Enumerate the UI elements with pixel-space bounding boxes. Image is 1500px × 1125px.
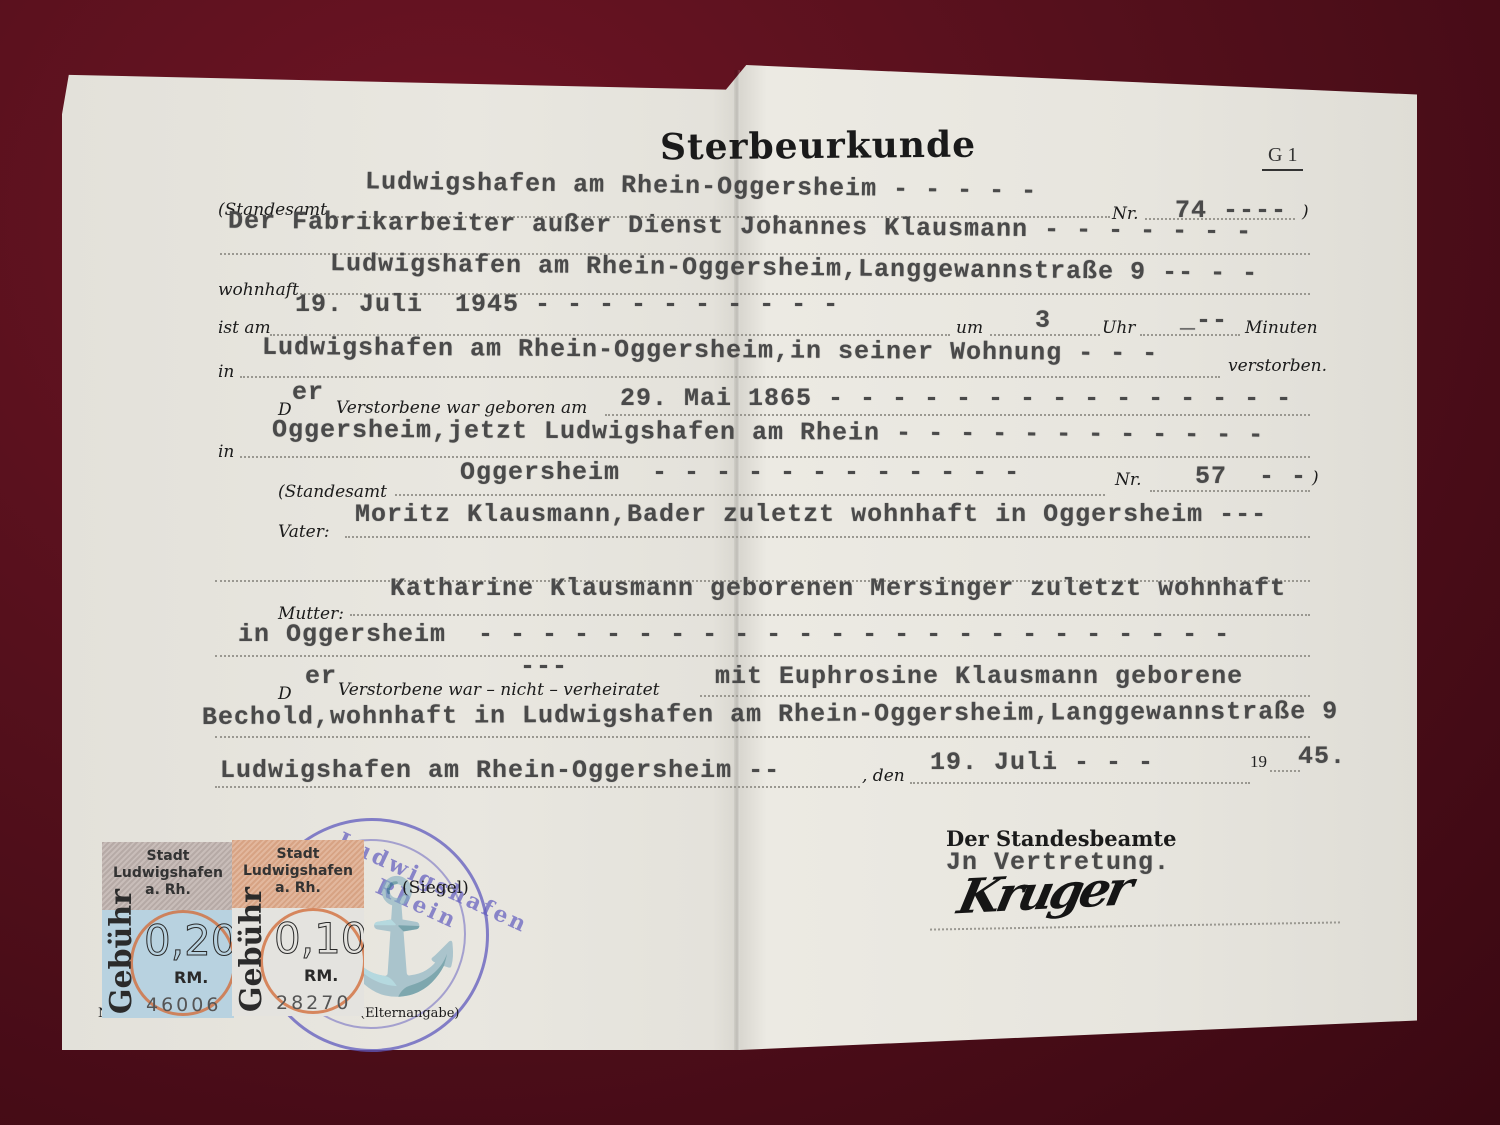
registry-close: ) [1302, 202, 1309, 222]
birth-nr-value: 57 - - [1195, 462, 1307, 491]
issue-date: 19. Juli - - - [930, 748, 1154, 777]
stamp-type: Gebühr [234, 887, 269, 1012]
dotted-line [240, 376, 1220, 378]
issue-place: Ludwigshafen am Rhein-Oggersheim -- [220, 756, 780, 785]
time-hour: 3 [1035, 306, 1051, 335]
birth-place-value: Oggersheim,jetzt Ludwigshafen am Rhein -… [272, 415, 1264, 449]
dotted-line [1270, 770, 1300, 772]
stamp-body: Gebühr 0,20 RM. 46006 [102, 910, 234, 1018]
marriage-gender-typed: er [305, 662, 337, 691]
dotted-line [215, 655, 1310, 657]
father-value: Moritz Klausmann,Bader zuletzt wohnhaft … [355, 500, 1267, 529]
parents-note: (Elternangabe) [360, 1006, 460, 1021]
birth-gender-typed: er [292, 378, 324, 407]
stamp-value: 0,20 [144, 916, 234, 965]
death-place-label: in [218, 362, 234, 382]
registrar-signature: Kruger [953, 861, 1134, 926]
birth-nr-close: ) [1312, 468, 1319, 488]
dotted-line [215, 736, 1310, 738]
marriage-label: Verstorbene war – nicht – verheiratet [338, 680, 660, 700]
marriage-value-line1: mit Euphrosine Klausmann geborene [715, 662, 1243, 691]
issue-den-label: , den [862, 766, 905, 786]
time-minutes-label: Minuten [1245, 318, 1318, 338]
mother-value-line1: Katharine Klausmann geborenen Mersinger … [390, 574, 1286, 603]
dotted-line [350, 614, 1310, 616]
stamp-value: 0,10 [274, 914, 364, 963]
time-uhr-label: Uhr [1102, 318, 1135, 338]
dotted-line [345, 536, 1310, 538]
residence-label: wohnhaft [218, 280, 299, 300]
death-date-value: 19. Juli 1945 - - - - - - - - - - [295, 290, 839, 319]
stamp-city-line2: Ludwigshafen [232, 863, 364, 880]
birth-nr-label: Nr. [1115, 470, 1142, 490]
issue-year-prefix: 19 [1250, 752, 1267, 772]
seal-label: (Siegel) [402, 878, 469, 898]
stamp-city-line1: Stadt [102, 848, 234, 865]
mother-value-line2: in Oggersheim - - - - - - - - - - - - - … [238, 620, 1230, 649]
stamp-city-line2: Ludwigshafen [102, 865, 234, 882]
form-number: G 1 [1262, 144, 1303, 171]
stamp-type: Gebühr [104, 889, 139, 1014]
father-label: Vater: [278, 522, 330, 542]
birth-registry-value: Oggersheim - - - - - - - - - - - - [460, 458, 1020, 487]
birth-place-label: in [218, 442, 234, 462]
dotted-line [395, 494, 1105, 496]
dotted-line [910, 782, 1250, 784]
dotted-line [605, 414, 1310, 416]
time-minutes: _-- [1180, 306, 1228, 335]
marriage-strike-typed: --- [520, 652, 568, 681]
stamp-currency: RM. [174, 968, 208, 987]
marriage-value-line2: Bechold,wohnhaft in Ludwigshafen am Rhei… [202, 697, 1338, 732]
stamp-currency: RM. [304, 966, 338, 985]
stamp-body: Gebühr 0,10 RM. 28270 [232, 908, 364, 1016]
marriage-prefix-label: D [278, 684, 292, 704]
fee-stamp-020: Stadt Ludwigshafen a. Rh. Gebühr 0,20 RM… [102, 842, 234, 1018]
stamp-serial: 28270 [276, 992, 351, 1014]
stamp-city-line1: Stadt [232, 846, 364, 863]
stamp-serial: 46006 [146, 994, 221, 1016]
birth-registry-label: (Standesamt [278, 482, 387, 502]
dotted-line [215, 786, 860, 788]
died-label: verstorben. [1228, 356, 1327, 376]
document-title: Sterbeurkunde [660, 124, 976, 169]
issue-year-suffix: 45. [1298, 742, 1346, 771]
fee-stamp-010: Stadt Ludwigshafen a. Rh. Gebühr 0,10 RM… [232, 840, 364, 1016]
birth-date-value: 29. Mai 1865 - - - - - - - - - - - - - -… [620, 384, 1292, 413]
time-um-label: um [956, 318, 983, 338]
